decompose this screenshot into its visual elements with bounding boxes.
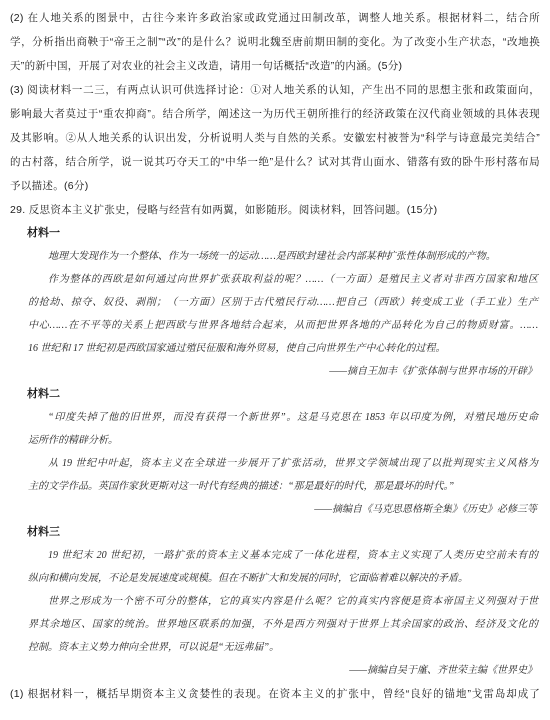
question-1-line: (1) 根据材料一，概括早期资本主义贪婪性的表现。在资本主义的扩张中，曾经“良好… — [10, 682, 540, 706]
material-1-source: ——摘自王加丰《扩张体制与世界市场的开辟》 — [10, 360, 537, 383]
material-2-paragraph-2-line: 主的文学作品。英国作家狄更斯对这一时代有经典的描述：“那是最好的时代，那是最坏的… — [28, 475, 538, 498]
material-2-source: ——摘编自《马克思恩格斯全集》《历史》必修三等 — [10, 498, 537, 521]
material-2-paragraph-2-line: 从 19 世纪中叶起，资本主义在全球进一步展开了扩张活动，世界文学领域出现了以批… — [28, 452, 538, 475]
material-1-heading: 材料一 — [27, 222, 540, 245]
question-3-line: (3) 阅读材料一二三，有两点认识可供选择讨论：①对人地关系的认知，产生出不同的… — [10, 78, 540, 102]
material-3: 材料三 19 世纪末 20 世纪初，一路扩张的资本主义基本完成了一体化进程，资本… — [10, 521, 540, 682]
material-1-paragraph-2-line: 中心……在不平等的关系上把西欧与世界各地结合起来，从而把世界各地的产品转化为自己… — [28, 314, 538, 337]
question-3-line: 影响最大者莫过于“重农抑商”。结合所学，阐述这一为历代王朝所推行的经济政策在汉代… — [10, 102, 540, 126]
material-1-paragraph-1-line: 地理大发现作为一个整体、作为一场统一的运动……是西欧封建社会内部某种扩张性体制形… — [28, 245, 538, 268]
question-2: (2) 在人地关系的图景中，古往今来许多政治家或政党通过田制改革，调整人地关系。… — [10, 6, 540, 78]
material-2-paragraph-1-line: 运所作的精辟分析。 — [28, 429, 538, 452]
material-3-paragraph-2-line: 控制。资本主义势力伸向全世界，可以说是“无远弗届”。 — [28, 636, 538, 659]
material-1-paragraph-2-line: 的抢劫、掠夺、奴役、剥削；（一方面）区别于古代殖民行动……把自己（西欧）转变成工… — [28, 291, 538, 314]
material-1-paragraph-2-line: 16 世纪和 17 世纪初是西欧国家通过殖民征服和海外贸易，使自己向世界生产中心… — [28, 337, 538, 360]
question-2-line: (2) 在人地关系的图景中，古往今来许多政治家或政党通过田制改革，调整人地关系。… — [10, 6, 540, 30]
question-3-line: 及其影响。②从人地关系的认识出发，分析说明人类与自然的关系。安徽宏村被誉为“科学… — [10, 126, 540, 150]
question-29-stem: 29. 反思资本主义扩张史，侵略与经营有如两翼，如影随形。阅读材料，回答问题。(… — [10, 198, 540, 222]
material-2: 材料二 “印度失掉了他的旧世界，而没有获得一个新世界”。这是马克思在 1853 … — [10, 383, 540, 521]
material-3-paragraph-2-line: 界其余地区、国家的统治。世界地区联系的加强，不外是西方列强对于世界上其余国家的政… — [28, 613, 538, 636]
material-3-paragraph-1-line: 19 世纪末 20 世纪初，一路扩张的资本主义基本完成了一体化进程，资本主义实现… — [28, 544, 538, 567]
question-3-line: 的古村落，结合所学，说一说其巧夺天工的“中华一绝”是什么？试对其背山面水、错落有… — [10, 150, 540, 174]
material-3-source: ——摘编自吴于廑、齐世荣主编《世界史》 — [10, 659, 537, 682]
material-1: 材料一 地理大发现作为一个整体、作为一场统一的运动……是西欧封建社会内部某种扩张… — [10, 222, 540, 383]
material-3-paragraph-2-line: 世界之形成为一个密不可分的整体，它的真实内容是什么呢？它的真实内容便是资本帝国主… — [28, 590, 538, 613]
question-2-line: 天”的新中国，开展了对农业的社会主义改造，请用一句话概括“改造”的内涵。(5分) — [10, 54, 540, 78]
material-3-paragraph-1-line: 纵向和横向发展，不论是发展速度或规模。但在不断扩大和发展的同时，它面临着难以解决… — [28, 567, 538, 590]
material-2-paragraph-1-line: “印度失掉了他的旧世界，而没有获得一个新世界”。这是马克思在 1853 年以印度… — [28, 406, 538, 429]
material-2-heading: 材料二 — [27, 383, 540, 406]
material-1-paragraph-2-line: 作为整体的西欧是如何通过向世界扩张获取利益的呢？……（一方面）是殖民主义者对非西… — [28, 268, 538, 291]
question-2-line: 学，分析指出商鞅于“帝王之制”“改”的是什么？说明北魏至唐前期田制的变化。为了改… — [10, 30, 540, 54]
material-3-heading: 材料三 — [27, 521, 540, 544]
question-3: (3) 阅读材料一二三，有两点认识可供选择讨论：①对人地关系的认知，产生出不同的… — [10, 78, 540, 198]
exam-page: (2) 在人地关系的图景中，古往今来许多政治家或政党通过田制改革，调整人地关系。… — [0, 0, 550, 706]
question-3-line: 予以描述。(6分) — [10, 174, 540, 198]
